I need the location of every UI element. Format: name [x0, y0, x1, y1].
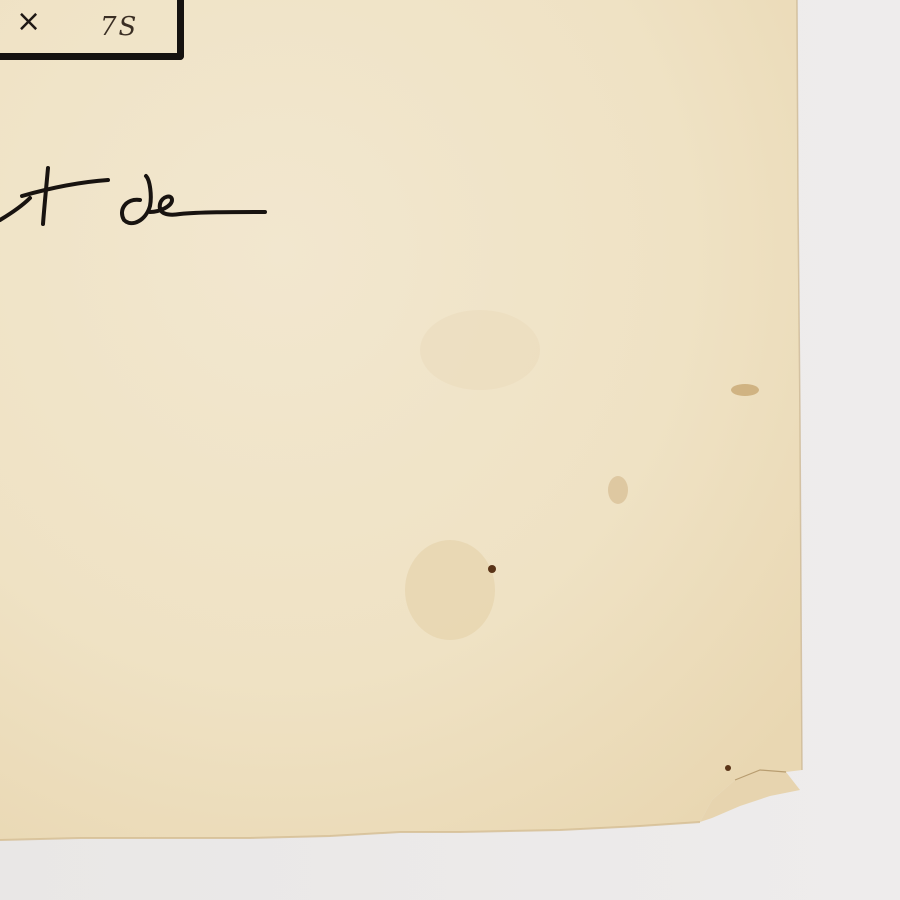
paper-sheet [0, 0, 900, 900]
label-mark: × [16, 4, 41, 39]
label-code: 7S [100, 12, 138, 42]
